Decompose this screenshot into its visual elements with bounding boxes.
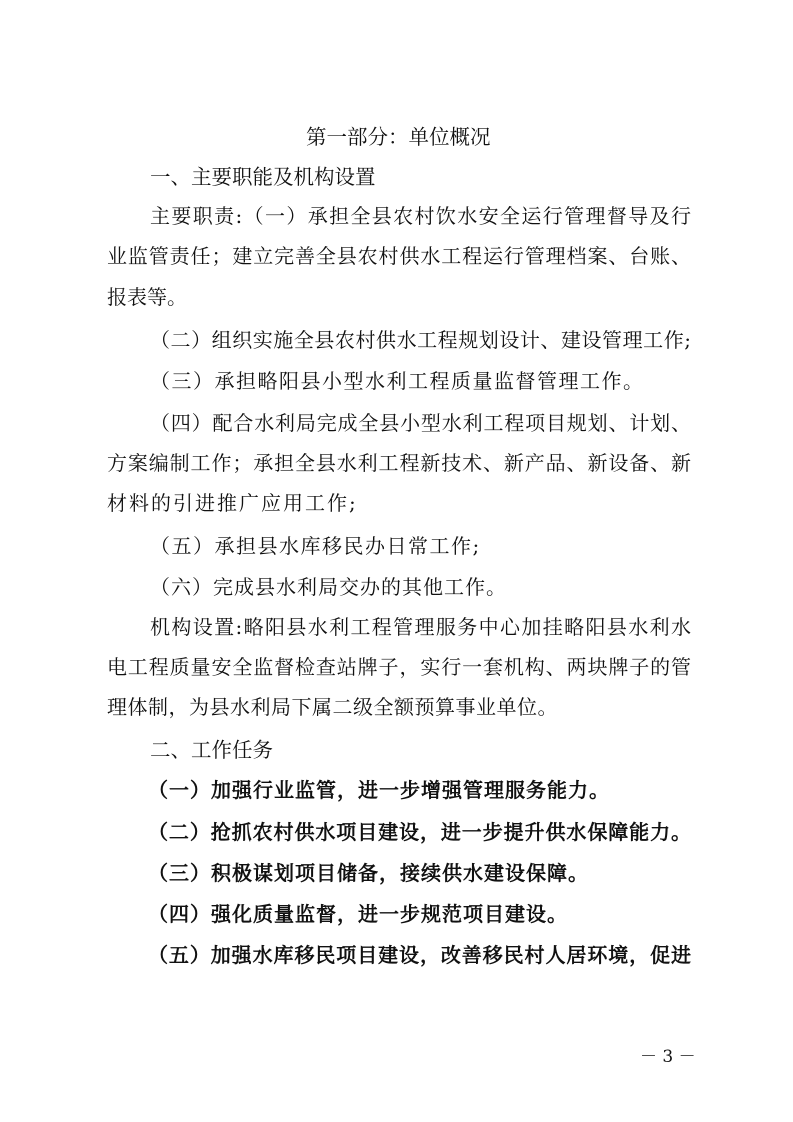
- org-line-3: 理体制，为县水利局下属二级全额预算事业单位。: [107, 695, 558, 719]
- task-item-5: （五）加强水库移民项目建设，改善移民村人居环境，促进: [148, 943, 691, 967]
- duty-item-6: （六）完成县水利局交办的其他工作。: [150, 575, 507, 599]
- org-line-1: 机构设置:略阳县水利工程管理服务中心加挂略阳县水利水: [150, 615, 691, 639]
- section-heading-tasks: 二、工作任务: [150, 738, 273, 762]
- page-title: 第一部分：单位概况: [306, 125, 491, 149]
- task-item-2: （二）抢抓农村供水项目建设，进一步提升供水保障能力。: [148, 820, 691, 844]
- task-item-1: （一）加强行业监管，进一步增强管理服务能力。: [148, 778, 610, 802]
- duties-line-2: 业监管责任；建立完善全县农村供水工程运行管理档案、台账、: [107, 244, 691, 268]
- page-number: － 3 －: [640, 1042, 696, 1067]
- duties-line-3: 报表等。: [107, 285, 187, 309]
- duty-item-2: （二）组织实施全县农村供水工程规划设计、建设管理工作;: [150, 328, 691, 352]
- duty-item-4-line-2: 方案编制工作；承担全县水利工程新技术、新产品、新设备、新: [107, 451, 691, 475]
- task-item-4: （四）强化质量监督，进一步规范项目建设。: [148, 902, 568, 926]
- duty-item-5: （五）承担县水库移民办日常工作;: [150, 534, 481, 558]
- duty-item-4-line-3: 材料的引进推广应用工作;: [107, 491, 358, 515]
- duty-item-4-line-1: （四）配合水利局完成全县小型水利工程项目规划、计划、: [150, 411, 691, 435]
- task-item-3: （三）积极谋划项目储备，接续供水建设保障。: [148, 861, 589, 885]
- duty-item-3: （三）承担略阳县小型水利工程质量监督管理工作。: [150, 369, 645, 393]
- section-heading-functions: 一、主要职能及机构设置: [150, 165, 376, 189]
- org-line-2: 电工程质量安全监督检查站牌子，实行一套机构、两块牌子的管: [107, 655, 691, 679]
- duties-line-1: 主要职责:（一）承担全县农村饮水安全运行管理督导及行: [150, 204, 691, 228]
